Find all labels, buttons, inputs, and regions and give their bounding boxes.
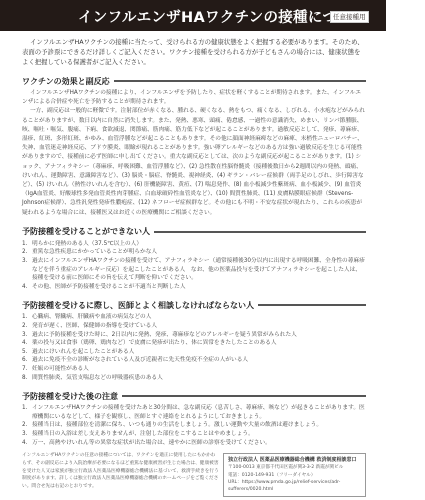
section-heading: 予防接種を受けることができない人 xyxy=(22,226,366,238)
section-divider xyxy=(114,80,366,82)
contact-url[interactable]: URL：https://www.pmda.go.jp/relief-servic… xyxy=(228,479,361,494)
section-consult-doctor: 予防接種を受けるに際し、医師とよく相談しなければならない人 1.心臓病、腎臓病、… xyxy=(22,299,366,382)
item-number: 8. xyxy=(22,374,32,383)
section-divider xyxy=(154,231,366,233)
item-text: 間質性肺炎、気管支喘息などの呼吸器疾患のある人 xyxy=(32,374,366,383)
item-text: 過去にけいれんを起こしたことがある人 xyxy=(32,348,366,357)
item-text: 重篤な急性疾患にかかっていることが明らかな人 xyxy=(32,248,366,257)
list-item: 7.妊娠の可能性がある人 xyxy=(22,365,366,374)
item-number: 1. xyxy=(22,313,32,322)
after-vaccination-list: 1.インフルエンザHAワクチンの接種を受けたあと30分間は、急な副反応（息苦しさ… xyxy=(22,404,366,447)
section-divider xyxy=(122,395,366,397)
contact-organization: 独立行政法人 医薬品医療機器総合機構 救済制度相談窓口 xyxy=(228,457,361,464)
item-number: 5. xyxy=(22,348,32,357)
effects-paragraph: インフルエンザHAワクチンの接種により、インフルエンザを予防したり、症状を軽くす… xyxy=(22,89,366,107)
item-text: インフルエンザHAワクチンの接種を受けたあと30分間は、急な副反応（息苦しさ、蕁… xyxy=(32,404,366,421)
item-text: 過去にインフルエンザHAワクチンの接種を受けて、アナフィラキシー（通常接種後30… xyxy=(32,257,366,283)
list-item: 3.接種当日の入浴は差し支えありませんが、注射した部位をこすることはやめましょう… xyxy=(22,430,366,439)
section-effects-side-effects: ワクチンの効果と副反応 インフルエンザHAワクチンの接種により、インフルエンザを… xyxy=(22,75,366,218)
section-title: ワクチンの効果と副反応 xyxy=(22,76,114,87)
section-divider xyxy=(258,304,366,306)
contact-box: 独立行政法人 医薬品医療機器総合機構 救済制度相談窓口 〒100-0013 東京… xyxy=(223,453,366,497)
intro-paragraph: インフルエンザHAワクチンの接種に当たって、受けられる方の健康状態をよく把握する… xyxy=(22,37,366,67)
item-number: 4. xyxy=(22,283,32,292)
item-number: 3. xyxy=(22,430,32,439)
item-number: 2. xyxy=(22,421,32,430)
item-text: 薬の投与又は食事（鶏卵、鶏肉など）で皮膚に発疹が出たり、体に異常をきたしたことの… xyxy=(32,339,366,348)
section-after-vaccination: 予防接種を受けた後の注意 1.インフルエンザHAワクチンの接種を受けたあと30分… xyxy=(22,390,366,447)
list-item: 2.接種当日は、接種部位を清潔に保ち、いつも通りの生活をしましょう。激しい運動や… xyxy=(22,421,366,430)
section-heading: 予防接種を受けた後の注意 xyxy=(22,390,366,402)
list-item: 2.重篤な急性疾患にかかっていることが明らかな人 xyxy=(22,248,366,257)
consult-doctor-list: 1.心臓病、腎臓病、肝臓病や血液の病気などの人 2.発育が遅く、医師、保健師の指… xyxy=(22,313,366,382)
item-text: 過去に免疫不全の診断がなされている人及び近親者に先天性免疫不全症の人がいる人 xyxy=(32,356,366,365)
item-text: 発育が遅く、医師、保健師の指導を受けている人 xyxy=(32,322,366,331)
item-number: 3. xyxy=(22,331,32,340)
list-item: 3.過去にインフルエンザHAワクチンの接種を受けて、アナフィラキシー（通常接種後… xyxy=(22,257,366,283)
item-number: 4. xyxy=(22,439,32,448)
list-item: 4.その他、医師が予防接種を受けることが不適当と判断した人 xyxy=(22,283,366,292)
item-number: 4. xyxy=(22,339,32,348)
section-cannot-receive: 予防接種を受けることができない人 1.明らかに発熱のある人（37.5℃以上の人）… xyxy=(22,226,366,292)
item-text: 過去に予防接種を受けた時に、2日以内に発熱、発疹、蕁麻疹などのアレルギーを疑う異… xyxy=(32,331,366,340)
document-body: インフルエンザHAワクチンの接種に当たって、受けられる方の健康状態をよく把握する… xyxy=(22,37,366,447)
item-number: 3. xyxy=(22,257,32,283)
section-heading: 予防接種を受けるに際し、医師とよく相談しなければならない人 xyxy=(22,299,366,311)
contact-address: 〒100-0013 東京都千代田区霞が関3-3-2 新霞が関ビル xyxy=(228,464,361,471)
list-item: 1.明らかに発熱のある人（37.5℃以上の人） xyxy=(22,240,366,249)
item-text: 万一、高熱やけいれん等の異常な症状が出た場合は、速やかに医師の診察を受けてくださ… xyxy=(32,439,366,448)
item-number: 2. xyxy=(22,322,32,331)
document-header: インフルエンザHAワクチンの接種について 任意接種用 xyxy=(0,0,386,31)
list-item: 5.過去にけいれんを起こしたことがある人 xyxy=(22,348,366,357)
item-text: 接種当日は、接種部位を清潔に保ち、いつも通りの生活をしましょう。激しい運動や大量… xyxy=(32,421,366,430)
item-number: 1. xyxy=(22,404,32,421)
section-title: 予防接種を受けることができない人 xyxy=(22,226,154,237)
list-item: 1.インフルエンザHAワクチンの接種を受けたあと30分間は、急な副反応（息苦しさ… xyxy=(22,404,366,421)
item-number: 6. xyxy=(22,356,32,365)
list-item: 2.発育が遅く、医師、保健師の指導を受けている人 xyxy=(22,322,366,331)
document-title: インフルエンザHAワクチンの接種について xyxy=(78,6,367,27)
section-heading: ワクチンの効果と副反応 xyxy=(22,75,366,87)
item-number: 1. xyxy=(22,240,32,249)
item-text: 心臓病、腎臓病、肝臓病や血液の病気などの人 xyxy=(32,313,366,322)
side-effects-paragraph: 一方、副反応は一般的に軽微です。注射部位が赤くなる、腫れる、硬くなる、熱をもつ、… xyxy=(22,107,366,217)
list-item: 3.過去に予防接種を受けた時に、2日以内に発熱、発疹、蕁麻疹などのアレルギーを疑… xyxy=(22,331,366,340)
item-number: 2. xyxy=(22,248,32,257)
list-item: 4.薬の投与又は食事（鶏卵、鶏肉など）で皮膚に発疹が出たり、体に異常をきたしたこ… xyxy=(22,339,366,348)
section-title: 予防接種を受けた後の注意 xyxy=(22,391,122,402)
item-text: 妊娠の可能性がある人 xyxy=(32,365,366,374)
list-item: 8.間質性肺炎、気管支喘息などの呼吸器疾患のある人 xyxy=(22,374,366,383)
item-number: 7. xyxy=(22,365,32,374)
relief-system-note: インフルエンザHAワクチンの任意の接種については、ワクチンを適正に使用したにもか… xyxy=(22,452,220,497)
document-footer: インフルエンザHAワクチンの任意の接種については、ワクチンを適正に使用したにもか… xyxy=(22,452,366,497)
optional-vaccination-badge: 任意接種用 xyxy=(330,11,369,23)
section-title: 予防接種を受けるに際し、医師とよく相談しなければならない人 xyxy=(22,300,258,311)
cannot-receive-list: 1.明らかに発熱のある人（37.5℃以上の人） 2.重篤な急性疾患にかかっている… xyxy=(22,240,366,292)
item-text: 明らかに発熱のある人（37.5℃以上の人） xyxy=(32,240,366,249)
contact-phone: 電話：0120-149-931（フリーダイヤル） xyxy=(228,472,361,479)
list-item: 4.万一、高熱やけいれん等の異常な症状が出た場合は、速やかに医師の診察を受けてく… xyxy=(22,439,366,448)
list-item: 1.心臓病、腎臓病、肝臓病や血液の病気などの人 xyxy=(22,313,366,322)
item-text: 接種当日の入浴は差し支えありませんが、注射した部位をこすることはやめましょう。 xyxy=(32,430,366,439)
item-text: その他、医師が予防接種を受けることが不適当と判断した人 xyxy=(32,283,366,292)
list-item: 6.過去に免疫不全の診断がなされている人及び近親者に先天性免疫不全症の人がいる人 xyxy=(22,356,366,365)
